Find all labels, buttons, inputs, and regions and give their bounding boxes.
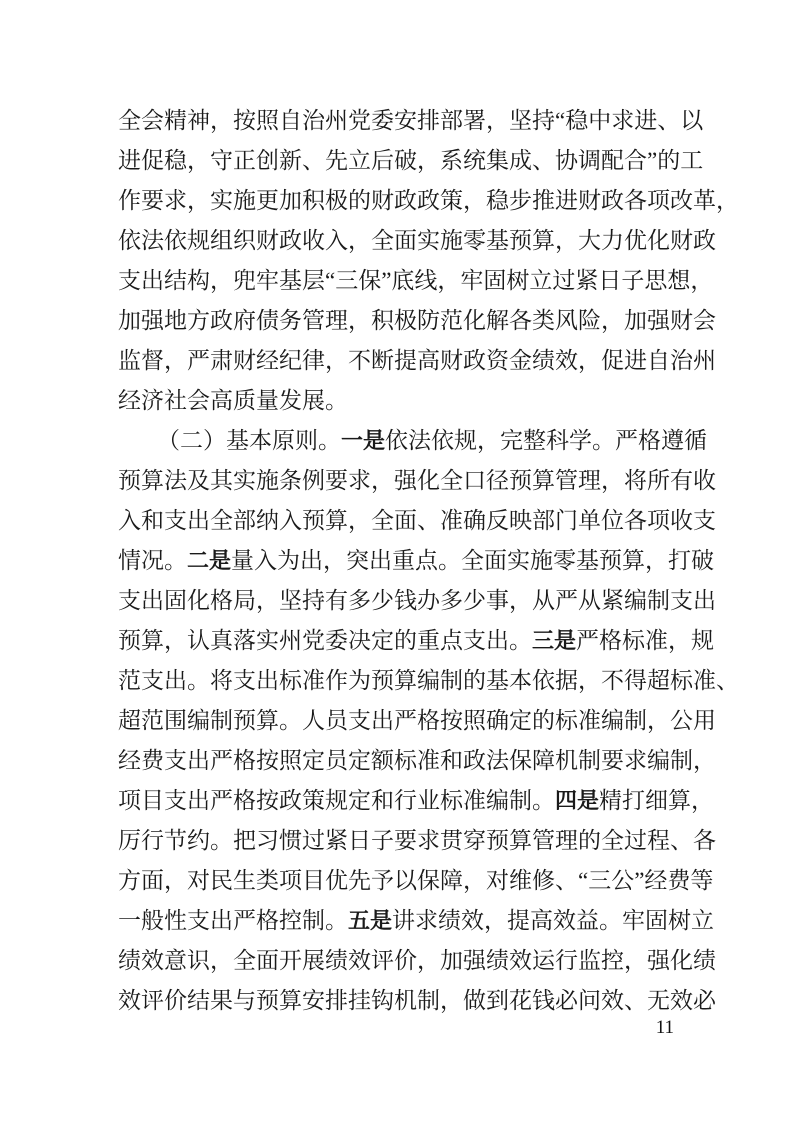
text-line: 效评价结果与预算安排挂钩机制，做到花钱必问效、无效必 bbox=[118, 981, 676, 1021]
text-line: 一般性支出严格控制。五是讲求绩效，提高效益。牢固树立 bbox=[118, 901, 676, 941]
text-segment: 作要求，实施更加积极的财政政策，稳步推进财政各项改革， bbox=[118, 188, 739, 213]
text-segment: 依法依规，完整科学。严格遵循 bbox=[385, 428, 707, 453]
text-segment: 一般性支出严格控制。 bbox=[118, 908, 348, 933]
text-line: 方面，对民生类项目优先予以保障，对维修、“三公”经费等 bbox=[118, 861, 676, 901]
text-segment: 入和支出全部纳入预算，全面、准确反映部门单位各项收支 bbox=[118, 508, 716, 533]
text-segment: 支出固化格局，坚持有多少钱办多少事，从严从紧编制支出 bbox=[118, 588, 716, 613]
text-segment: 厉行节约。把习惯过紧日子要求贯穿预算管理的全过程、各 bbox=[118, 828, 716, 853]
text-segment: 严格标准，规 bbox=[576, 628, 714, 653]
bold-text-segment: 一是 bbox=[341, 428, 385, 453]
text-line: 经济社会高质量发展。 bbox=[118, 381, 676, 421]
text-segment: 全会精神，按照自治州党委安排部署，坚持“稳中求进、以 bbox=[118, 108, 703, 133]
text-segment: 监督，严肃财经纪律，不断提高财政资金绩效，促进自治州 bbox=[118, 348, 716, 373]
text-segment: 预算，认真落实州党委决定的重点支出。 bbox=[118, 628, 532, 653]
text-line: 支出结构，兜牢基层“三保”底线，牢固树立过紧日子思想， bbox=[118, 261, 676, 301]
page-number: 11 bbox=[118, 1016, 674, 1040]
text-segment: 情况。 bbox=[118, 548, 187, 573]
text-segment: （二）基本原则。 bbox=[157, 428, 341, 453]
text-line: 预算，认真落实州党委决定的重点支出。三是严格标准，规 bbox=[118, 621, 676, 661]
text-segment: 支出结构，兜牢基层“三保”底线，牢固树立过紧日子思想， bbox=[118, 268, 713, 293]
text-segment: 超范围编制预算。人员支出严格按照确定的标准编制，公用 bbox=[118, 708, 716, 733]
text-segment: 量入为出，突出重点。全面实施零基预算，打破 bbox=[231, 548, 714, 573]
text-segment: 效评价结果与预算安排挂钩机制，做到花钱必问效、无效必 bbox=[118, 988, 716, 1013]
document-page: 全会精神，按照自治州党委安排部署，坚持“稳中求进、以进促稳，守正创新、先立后破，… bbox=[0, 0, 793, 1122]
text-line: 厉行节约。把习惯过紧日子要求贯穿预算管理的全过程、各 bbox=[118, 821, 676, 861]
bold-text-segment: 三是 bbox=[532, 628, 576, 653]
text-line: 入和支出全部纳入预算，全面、准确反映部门单位各项收支 bbox=[118, 501, 676, 541]
text-segment: 绩效意识，全面开展绩效评价，加强绩效运行监控，强化绩 bbox=[118, 948, 716, 973]
text-segment: 经济社会高质量发展。 bbox=[118, 388, 348, 413]
text-line: 项目支出严格按政策规定和行业标准编制。四是精打细算， bbox=[118, 781, 676, 821]
text-line: 情况。二是量入为出，突出重点。全面实施零基预算，打破 bbox=[118, 541, 676, 581]
text-line: 全会精神，按照自治州党委安排部署，坚持“稳中求进、以 bbox=[118, 101, 676, 141]
text-line: 进促稳，守正创新、先立后破，系统集成、协调配合”的工 bbox=[118, 141, 676, 181]
text-segment: 精打细算， bbox=[599, 788, 714, 813]
text-segment: 经费支出严格按照定员定额标准和政法保障机制要求编制， bbox=[118, 748, 716, 773]
bold-text-segment: 二是 bbox=[187, 548, 231, 573]
text-line: （二）基本原则。一是依法依规，完整科学。严格遵循 bbox=[118, 421, 676, 461]
bold-text-segment: 五是 bbox=[348, 908, 392, 933]
text-line: 支出固化格局，坚持有多少钱办多少事，从严从紧编制支出 bbox=[118, 581, 676, 621]
bold-text-segment: 四是 bbox=[555, 788, 599, 813]
text-segment: 依法依规组织财政收入，全面实施零基预算，大力优化财政 bbox=[118, 228, 716, 253]
text-segment: 加强地方政府债务管理，积极防范化解各类风险，加强财会 bbox=[118, 308, 716, 333]
text-line: 超范围编制预算。人员支出严格按照确定的标准编制，公用 bbox=[118, 701, 676, 741]
text-line: 监督，严肃财经纪律，不断提高财政资金绩效，促进自治州 bbox=[118, 341, 676, 381]
text-line: 预算法及其实施条例要求，强化全口径预算管理，将所有收 bbox=[118, 461, 676, 501]
text-segment: 讲求绩效，提高效益。牢固树立 bbox=[392, 908, 714, 933]
text-segment: 方面，对民生类项目优先予以保障，对维修、“三公”经费等 bbox=[118, 868, 713, 893]
text-segment: 预算法及其实施条例要求，强化全口径预算管理，将所有收 bbox=[118, 468, 716, 493]
text-line: 加强地方政府债务管理，积极防范化解各类风险，加强财会 bbox=[118, 301, 676, 341]
text-line: 绩效意识，全面开展绩效评价，加强绩效运行监控，强化绩 bbox=[118, 941, 676, 981]
text-line: 范支出。将支出标准作为预算编制的基本依据，不得超标准、 bbox=[118, 661, 676, 701]
text-line: 经费支出严格按照定员定额标准和政法保障机制要求编制， bbox=[118, 741, 676, 781]
text-segment: 进促稳，守正创新、先立后破，系统集成、协调配合”的工 bbox=[118, 148, 703, 173]
document-body: 全会精神，按照自治州党委安排部署，坚持“稳中求进、以进促稳，守正创新、先立后破，… bbox=[118, 101, 676, 1021]
text-segment: 范支出。将支出标准作为预算编制的基本依据，不得超标准、 bbox=[118, 668, 739, 693]
text-line: 作要求，实施更加积极的财政政策，稳步推进财政各项改革， bbox=[118, 181, 676, 221]
text-segment: 项目支出严格按政策规定和行业标准编制。 bbox=[118, 788, 555, 813]
text-line: 依法依规组织财政收入，全面实施零基预算，大力优化财政 bbox=[118, 221, 676, 261]
